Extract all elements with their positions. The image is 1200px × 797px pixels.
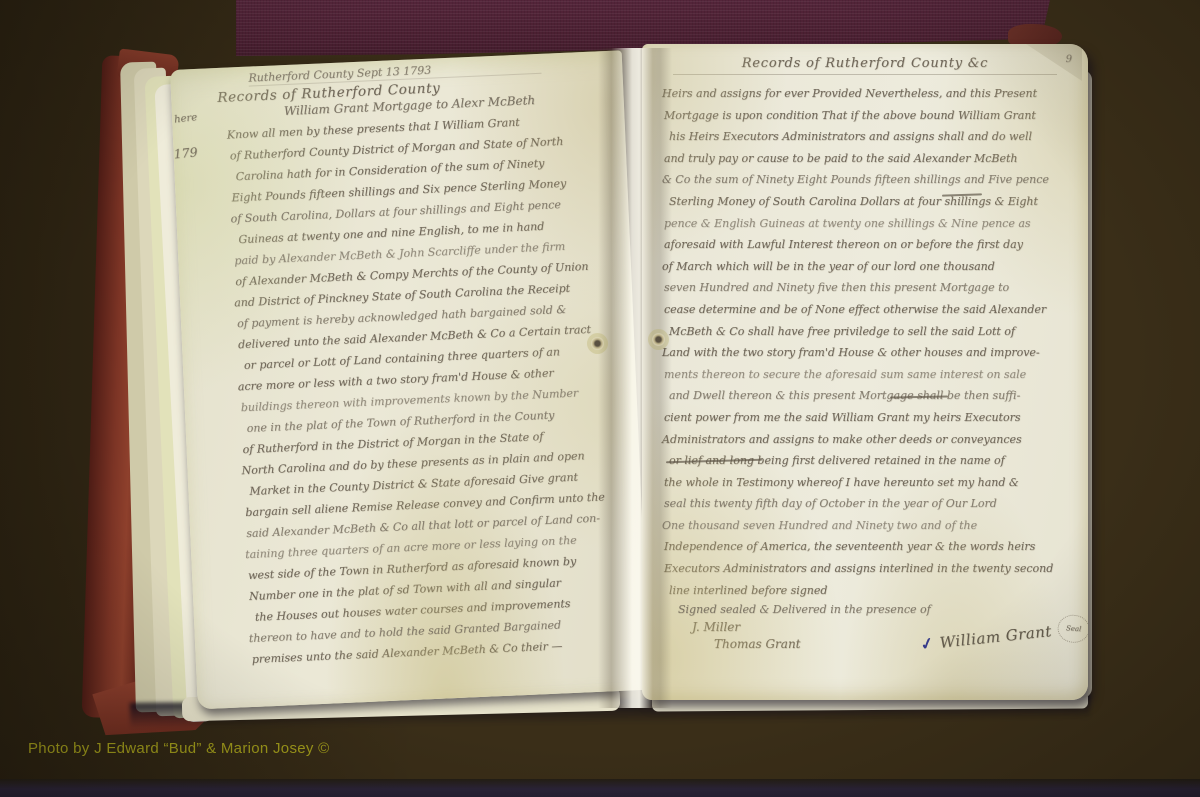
table-edge-band bbox=[0, 779, 1200, 797]
margin-note: 179 bbox=[173, 144, 198, 161]
left-manuscript-page: here 179 Rutherford County Sept 13 1793 … bbox=[170, 50, 649, 709]
manuscript-line: and truly pay or cause to be paid to the… bbox=[664, 148, 1074, 170]
attestation-line: Signed sealed & Delivered in the presenc… bbox=[678, 603, 1088, 616]
photo-of-deed-book: here 179 Rutherford County Sept 13 1793 … bbox=[0, 0, 1200, 797]
manuscript-line: thereon to have and to hold the said Gra… bbox=[248, 611, 631, 649]
grantor-signature: William Grant bbox=[939, 622, 1053, 652]
grantor-signature-block: ✓William GrantSeal bbox=[919, 613, 1088, 659]
manuscript-line: Land with the two story fram'd House & o… bbox=[662, 342, 1074, 364]
photographer-watermark: Photo by J Edward “Bud” & Marion Josey © bbox=[28, 740, 330, 757]
binding-hole bbox=[652, 333, 665, 346]
manuscript-line: Number one in the plat of sd Town with a… bbox=[249, 569, 630, 607]
manuscript-line: Market in the County District & State af… bbox=[249, 465, 625, 502]
right-manuscript-page: 9 Records of Rutherford County &c Heirs … bbox=[642, 44, 1088, 700]
manuscript-line: seal this twenty fifth day of October in… bbox=[664, 493, 1074, 515]
manuscript-line: and Dwell thereon & this present Mortgag… bbox=[669, 385, 1074, 407]
manuscript-line: Executors Administrators and assigns int… bbox=[664, 558, 1074, 580]
manuscript-line: seven Hundred and Ninety five then this … bbox=[664, 277, 1074, 299]
ink-checkmark: ✓ bbox=[918, 632, 936, 654]
manuscript-line: One thousand seven Hundred and Ninety tw… bbox=[662, 515, 1074, 537]
seal-stamp: Seal bbox=[1057, 614, 1088, 644]
manuscript-line: North Carolina and do by these presents … bbox=[241, 444, 624, 482]
manuscript-line: of Rutherford County District of Morgan … bbox=[229, 129, 610, 167]
manuscript-line: of March which will be in the year of ou… bbox=[662, 256, 1074, 278]
manuscript-line: the whole in Testimony whereof I have he… bbox=[664, 472, 1074, 494]
right-page-body: Heirs and assigns for ever Provided Neve… bbox=[664, 83, 1074, 601]
manuscript-line: Independence of America, the seventeenth… bbox=[664, 536, 1074, 558]
margin-note: here bbox=[174, 112, 198, 126]
manuscript-line: of payment is hereby acknowledged hath b… bbox=[237, 297, 618, 335]
folded-page-corner bbox=[1026, 44, 1082, 86]
manuscript-line: or parcel or Lott of Land containing thr… bbox=[244, 339, 620, 376]
manuscript-line: Carolina hath for in Consideration of th… bbox=[235, 150, 611, 187]
manuscript-line: his Heirs Executors Administrators and a… bbox=[669, 126, 1074, 148]
manuscript-line: McBeth & Co shall have free priviledge t… bbox=[669, 321, 1074, 343]
manuscript-line: Mortgage is upon condition That if the a… bbox=[664, 105, 1074, 127]
manuscript-line: & Co the sum of Ninety Eight Pounds fift… bbox=[662, 169, 1074, 191]
binding-hole bbox=[591, 337, 604, 350]
manuscript-line: Administrators and assigns to make other… bbox=[662, 429, 1074, 451]
left-page-body: Know all men by these presents that I Wi… bbox=[228, 108, 631, 670]
ink-strikethrough bbox=[942, 193, 982, 196]
manuscript-line: line interlined before signed bbox=[669, 580, 1074, 602]
manuscript-line: pence & English Guineas at twenty one sh… bbox=[664, 213, 1074, 235]
manuscript-line: of South Carolina, Dollars at four shill… bbox=[230, 192, 613, 230]
manuscript-line: Heirs and assigns for ever Provided Neve… bbox=[662, 83, 1074, 105]
manuscript-line: aforesaid with Lawful Interest thereon o… bbox=[664, 234, 1074, 256]
right-page-heading: Records of Rutherford County &c bbox=[673, 56, 1057, 75]
page-number: 9 bbox=[1066, 54, 1072, 65]
manuscript-line: cient power from me the said William Gra… bbox=[664, 407, 1074, 429]
left-page-subheading: William Grant Mortgage to Alexr McBeth bbox=[284, 89, 624, 118]
manuscript-line: paid by Alexander McBeth & John Scarclif… bbox=[234, 234, 615, 272]
manuscript-line: ments thereon to secure the aforesaid su… bbox=[664, 364, 1074, 386]
manuscript-line: Sterling Money of South Carolina Dollars… bbox=[669, 191, 1074, 213]
manuscript-line: cease determine and be of None effect ot… bbox=[664, 299, 1074, 321]
ink-strikethrough bbox=[666, 459, 762, 464]
